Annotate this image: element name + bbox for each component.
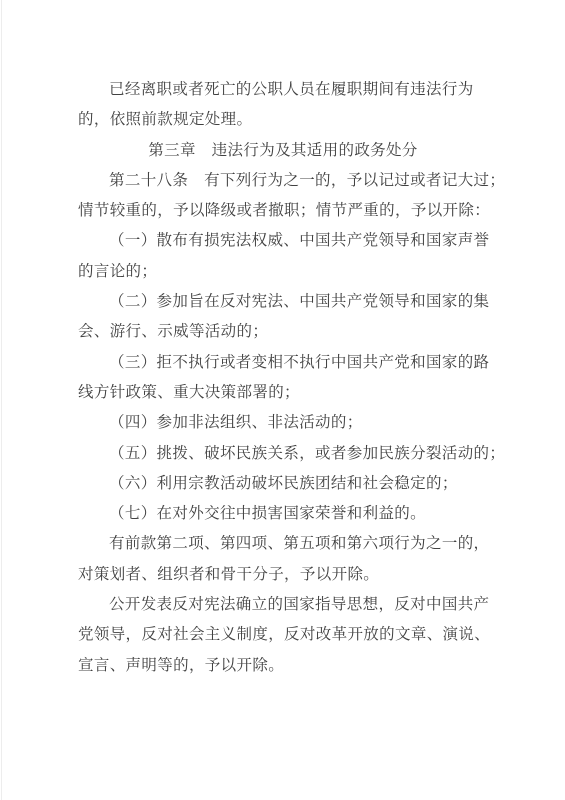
text-line: 情节较重的，予以降级或者撤职；情节严重的，予以开除： [78, 196, 488, 226]
text-line: 的言论的； [78, 257, 488, 287]
list-item-line: （一）散布有损宪法权威、中国共产党领导和国家声誉 [78, 226, 488, 256]
list-item-line: （五）挑拨、破坏民族关系，或者参加民族分裂活动的； [78, 439, 488, 469]
text-line: 党领导，反对社会主义制度，反对改革开放的文章、演说、 [78, 620, 488, 650]
list-item-line: （四）参加非法组织、非法活动的； [78, 408, 488, 438]
page-edge-line [1, 0, 2, 800]
chapter-heading: 第三章 违法行为及其适用的政务处分 [78, 136, 488, 166]
text-line: 有前款第二项、第四项、第五项和第六项行为之一的， [78, 529, 488, 559]
list-item-line: （三）拒不执行或者变相不执行中国共产党和国家的路 [78, 348, 488, 378]
text-line: 公开发表反对宪法确立的国家指导思想，反对中国共产 [78, 590, 488, 620]
text-line: 的，依照前款规定处理。 [78, 105, 488, 135]
text-line: 线方针政策、重大决策部署的； [78, 378, 488, 408]
document-page: 已经离职或者死亡的公职人员在履职期间有违法行为 的，依照前款规定处理。 第三章 … [0, 0, 565, 800]
text-line: 会、游行、示威等活动的； [78, 317, 488, 347]
article-heading-line: 第二十八条 有下列行为之一的，予以记过或者记大过； [78, 166, 488, 196]
text-line: 对策划者、组织者和骨干分子，予以开除。 [78, 560, 488, 590]
list-item-line: （七）在对外交往中损害国家荣誉和利益的。 [78, 499, 488, 529]
list-item-line: （二）参加旨在反对宪法、中国共产党领导和国家的集 [78, 287, 488, 317]
document-text-column: 已经离职或者死亡的公职人员在履职期间有违法行为 的，依照前款规定处理。 第三章 … [78, 75, 488, 681]
text-line: 已经离职或者死亡的公职人员在履职期间有违法行为 [78, 75, 488, 105]
list-item-line: （六）利用宗教活动破坏民族团结和社会稳定的； [78, 469, 488, 499]
text-line: 宣言、声明等的，予以开除。 [78, 651, 488, 681]
